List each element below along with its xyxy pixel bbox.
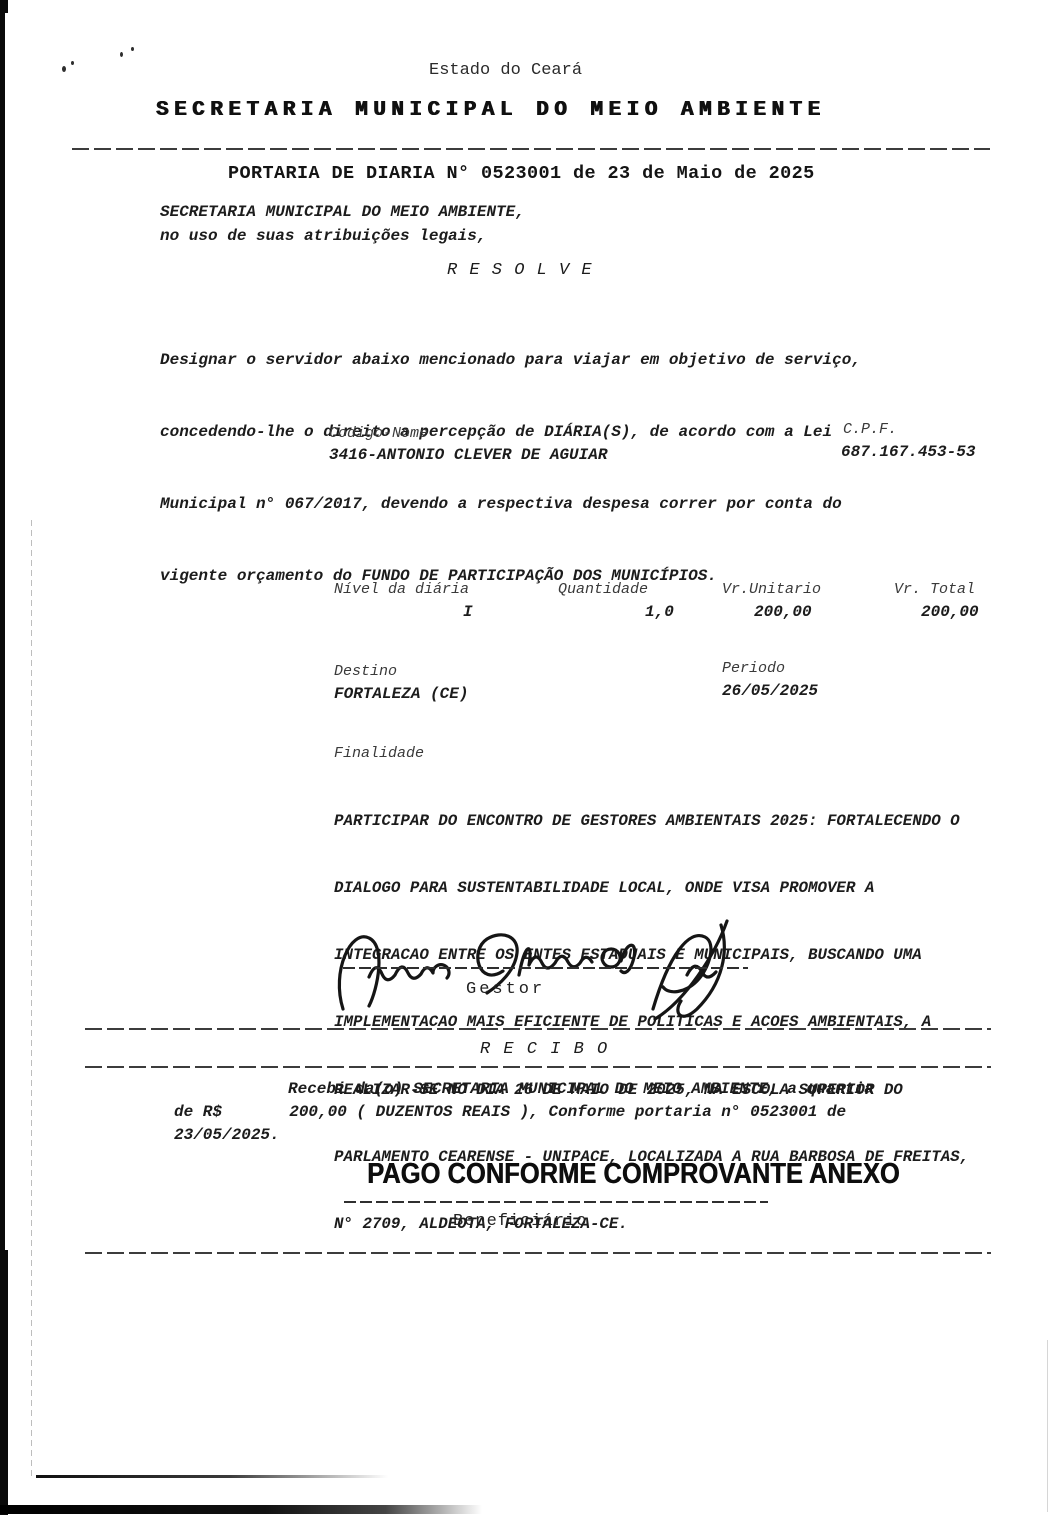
recibo-heading: R E C I B O — [480, 1040, 609, 1059]
periodo-value: 26/05/2025 — [722, 682, 818, 700]
scan-bottom-bar — [0, 1505, 482, 1514]
finalidade-label: Finalidade — [334, 745, 424, 762]
org-title: SECRETARIA MUNICIPAL DO MEIO AMBIENTE — [156, 99, 826, 122]
nivel-diaria-label: Nível da diária — [334, 581, 469, 598]
beneficiario-line — [344, 1201, 768, 1203]
nivel-diaria-value: I — [463, 603, 473, 621]
periodo-label: Periodo — [722, 660, 785, 677]
divider-dashed-recibo-bottom — [85, 1066, 991, 1068]
resolve-heading: R E S O L V E — [447, 261, 593, 280]
scanned-document-page: Estado do Ceará SECRETARIA MUNICIPAL DO … — [0, 0, 1061, 1515]
finalidade-line: N° 2709, ALDEOTA, FORTALEZA-CE. — [334, 1213, 969, 1235]
recibo-line: Recebi da(o) SECRETARIA MUNICIPAL DO MEI… — [288, 1080, 874, 1098]
designation-line: Designar o servidor abaixo mencionado pa… — [160, 348, 861, 372]
codigo-nome-value: 3416-ANTONIO CLEVER DE AGUIAR — [329, 446, 607, 464]
gestor-label: Gestor — [466, 980, 545, 999]
vr-total-label: Vr. Total — [894, 581, 975, 598]
recibo-line: de R$ 200,00 ( DUZENTOS REAIS ), Conform… — [174, 1103, 846, 1121]
cpf-label: C.P.F. — [843, 421, 897, 438]
vr-unitario-label: Vr.Unitario — [722, 581, 821, 598]
codigo-nome-label: Codigo-Nome — [329, 425, 428, 442]
ink-speck — [120, 52, 123, 57]
vr-unitario-value: 200,00 — [754, 603, 812, 621]
ink-speck — [62, 66, 66, 72]
scan-bottom-line — [36, 1475, 388, 1478]
designation-line: concedendo-lhe o direito a percepção de … — [160, 420, 861, 444]
beneficiario-label: Beneficiário — [453, 1212, 587, 1231]
quantidade-label: Quantidade — [558, 581, 648, 598]
signature-line — [343, 967, 748, 969]
ink-speck — [131, 47, 134, 51]
scan-edge-bar-bottom — [0, 1250, 8, 1515]
quantidade-value: 1,0 — [645, 603, 674, 621]
vr-total-value: 200,00 — [921, 603, 979, 621]
divider-dashed-footer — [85, 1252, 991, 1254]
destino-value: FORTALEZA (CE) — [334, 685, 468, 703]
finalidade-paragraph: PARTICIPAR DO ENCONTRO DE GESTORES AMBIE… — [334, 765, 969, 1280]
designation-line: Municipal n° 067/2017, devendo a respect… — [160, 492, 861, 516]
scan-corner-mark — [0, 0, 8, 13]
preamble-line-1: SECRETARIA MUNICIPAL DO MEIO AMBIENTE, — [160, 203, 525, 221]
recibo-line: 23/05/2025. — [174, 1126, 280, 1144]
ink-speck — [71, 61, 74, 65]
pago-stamp: PAGO CONFORME COMPROVANTE ANEXO — [367, 1158, 900, 1191]
scan-fold-line — [31, 520, 32, 1477]
divider-dashed-top — [72, 148, 990, 150]
preamble-line-2: no uso de suas atribuições legais, — [160, 227, 486, 245]
portaria-title: PORTARIA DE DIARIA N° 0523001 de 23 de M… — [228, 163, 815, 184]
state-title: Estado do Ceará — [429, 61, 582, 80]
finalidade-line: PARTICIPAR DO ENCONTRO DE GESTORES AMBIE… — [334, 810, 969, 832]
finalidade-line: DIALOGO PARA SUSTENTABILIDADE LOCAL, OND… — [334, 877, 969, 899]
scan-right-edge-line — [1047, 1340, 1048, 1512]
cpf-value: 687.167.453-53 — [841, 443, 975, 461]
divider-dashed-recibo-top — [85, 1028, 991, 1030]
destino-label: Destino — [334, 663, 397, 680]
